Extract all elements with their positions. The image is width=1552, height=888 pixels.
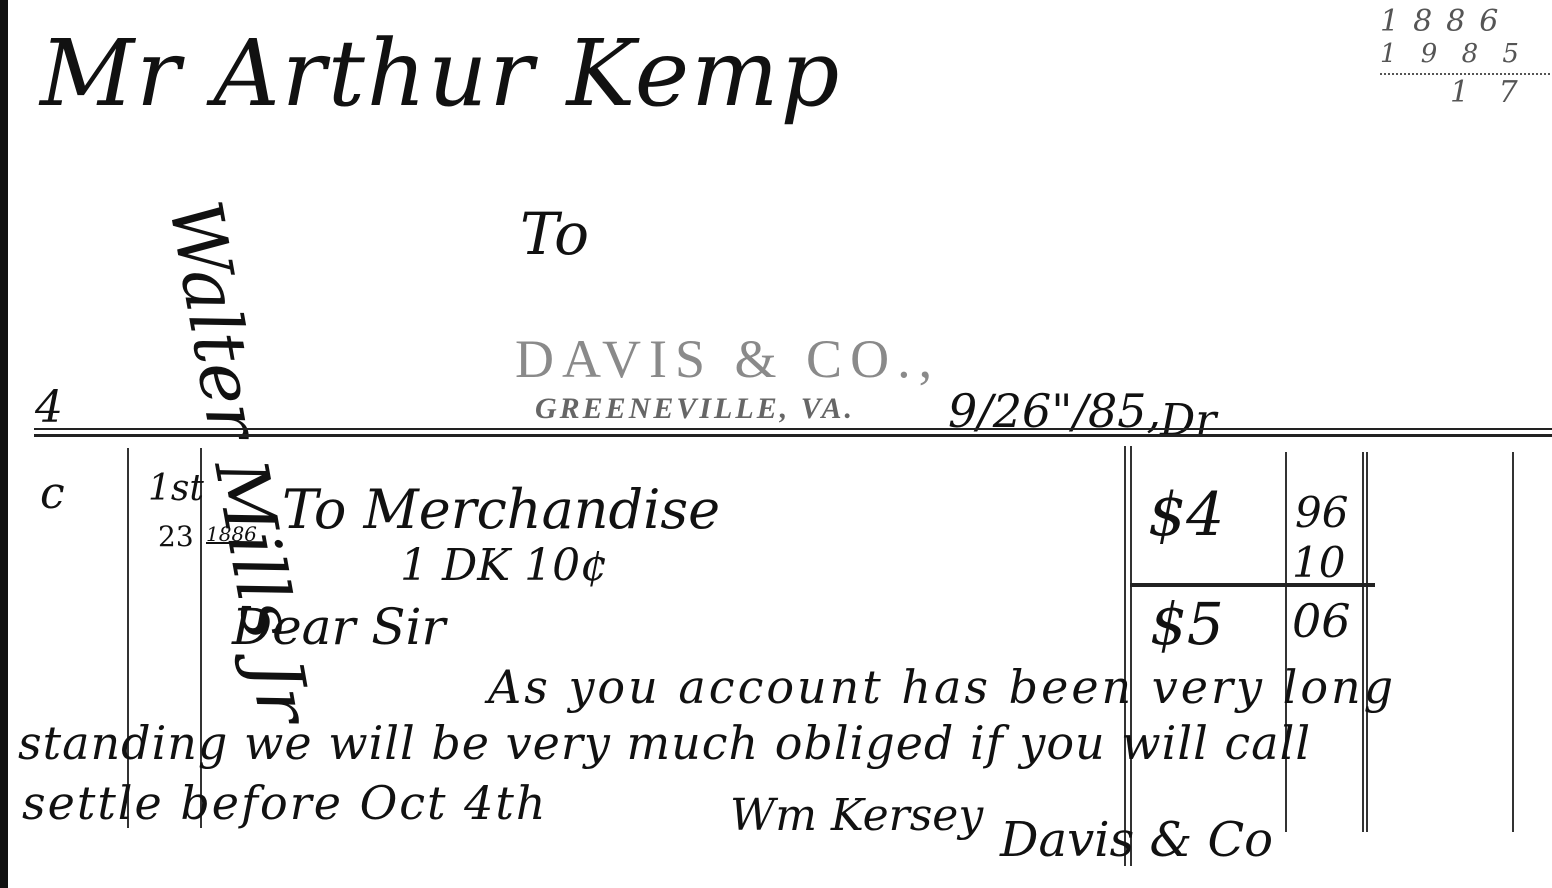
dr-label: Dr [1160,395,1216,446]
vertical-annotation: Walter Mills Jr [147,159,334,764]
header-rule-bottom [34,434,1552,437]
addressee-name: Mr Arthur Kemp [40,20,841,127]
column-line-7 [1366,452,1368,832]
corner-calculation: 1886 1 9 8 5 1 7 [1380,4,1550,110]
letter-salutation: Dear Sir [232,598,445,656]
letter-signoff-company: Davis & Co [1000,812,1273,868]
margin-number: 4 [35,382,63,433]
letter-line-3: settle before Oct 4th [22,776,548,830]
letter-signoff-prefix: Wm Kersey [730,790,983,841]
ledger-entry-dollars-1: $4 [1148,480,1224,550]
column-line-1 [127,448,129,828]
ledger-entry-cents-1: 96 [1295,488,1348,537]
column-line-4 [1130,446,1132,866]
column-line-8 [1512,452,1514,832]
corner-calc-line3: 1 7 [1450,75,1552,110]
ledger-entry-cents-2: 10 [1292,538,1345,587]
ledger-mark: c [40,468,65,519]
corner-calc-line1: 1886 [1380,4,1550,39]
letterhead-location: GREENEVILLE, VA. [535,392,855,426]
ledger-date-day: 23 [158,520,194,553]
ledger-date-month: 1st [148,468,204,509]
scan-left-border [0,0,8,888]
ledger-entry-description-2: 1 DK 10¢ [400,540,608,591]
letter-line-1: As you account has been very long [488,660,1396,714]
column-line-5 [1285,452,1287,832]
ledger-entry-description-1: To Merchandise [282,478,720,541]
to-label: To [520,200,589,268]
letter-line-2: standing we will be very much obliged if… [18,716,1311,770]
ledger-total-cents: 06 [1292,594,1351,648]
letterhead-company: DAVIS & CO., [515,328,940,390]
ledger-year: 1886 [206,522,257,546]
column-line-6 [1362,452,1364,832]
ledger-total-dollars: $5 [1150,590,1224,658]
corner-calc-line2: 1 9 8 5 [1380,39,1550,69]
column-line-3 [1124,446,1126,866]
ledger-total-rule [1130,583,1375,587]
header-rule-top [34,428,1552,430]
